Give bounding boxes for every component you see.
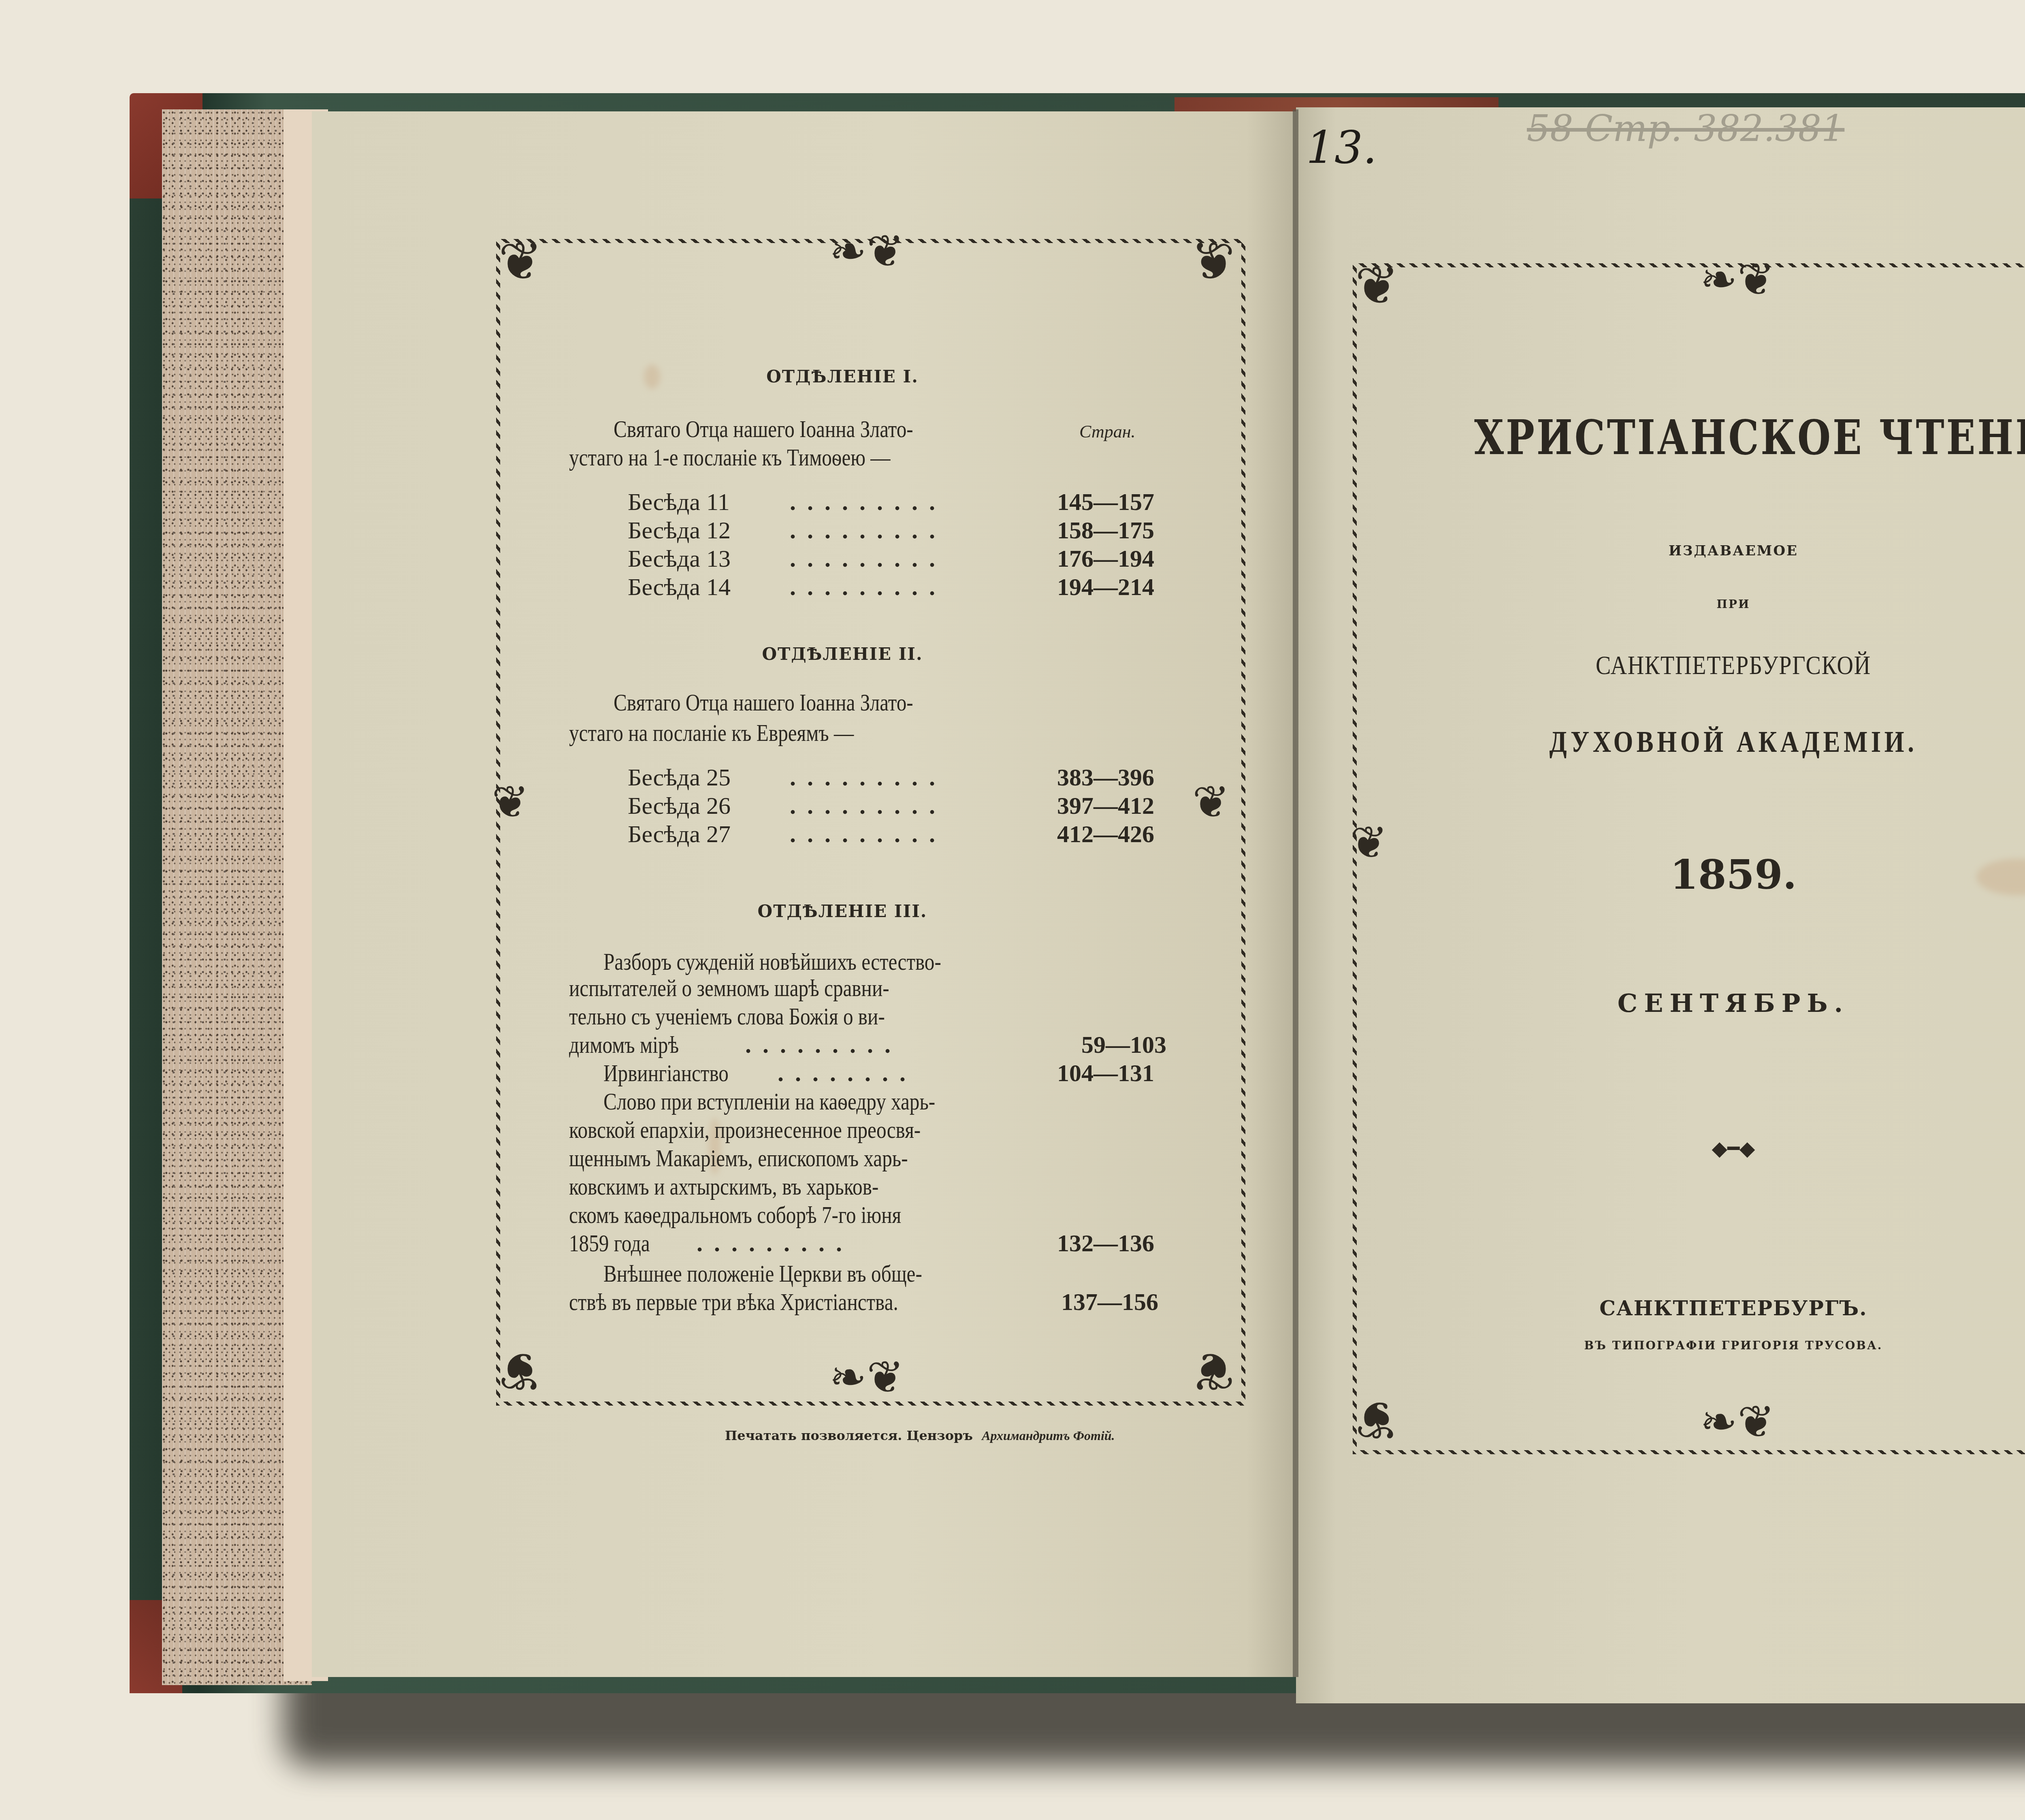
leader-dots: ......... <box>790 764 946 792</box>
institution-line-1: САНКТПЕТЕРБУРГСКОЙ <box>1492 650 1974 681</box>
article-line: димомъ мірѣ <box>569 1031 679 1059</box>
handwritten-number: 13. <box>1306 122 1377 173</box>
section-heading: ОТДѢЛЕНІЕ III. <box>688 901 996 921</box>
article-line: щеннымъ Макаріемъ, епископомъ харь- <box>569 1144 908 1172</box>
censor-line: Печатать позволяется. Цензоръ Архимандри… <box>725 1428 1115 1443</box>
article-line: скомъ каѳедральномъ соборѣ 7-го іюня <box>569 1201 901 1229</box>
article-line: Ирвингіанство <box>603 1059 729 1087</box>
floral-corner-icon: ❦ <box>1347 255 1407 316</box>
toc-entry-pages: 158—175 <box>1057 516 1154 544</box>
article-line: Слово при вступленіи на каѳедру харь- <box>603 1088 935 1116</box>
leader-dots: ......... <box>745 1031 902 1059</box>
scroll-ornament-icon: ❦ <box>486 762 535 843</box>
article-pages: 59—103 <box>1081 1031 1166 1059</box>
article-line: испытателей о земномъ шарѣ сравни- <box>569 974 889 1002</box>
scroll-ornament-icon: ❧❦ <box>1685 255 1790 304</box>
subtitle-published: ИЗДАВАЕМОЕ <box>1571 543 1895 559</box>
toc-entry-pages: 145—157 <box>1057 488 1154 516</box>
article-line: Внѣшнее положеніе Церкви въ обще- <box>603 1260 922 1288</box>
intro-line: Святаго Отца нашего Іоанна Злато- <box>614 689 913 717</box>
leader-dots: ......... <box>790 573 946 601</box>
toc-entry-title: Бесѣда 27 <box>628 820 731 848</box>
toc-entry-title: Бесѣда 26 <box>628 792 731 820</box>
section-heading: ОТДѢЛЕНІЕ I. <box>688 367 996 386</box>
toc-entry-pages: 194—214 <box>1057 573 1154 601</box>
article-line: ковскимъ и ахтырскимъ, въ харьков- <box>569 1173 878 1201</box>
article-line: Разборъ сужденій новѣйшихъ естество- <box>603 948 941 976</box>
article-pages: 137—156 <box>1061 1288 1158 1316</box>
toc-entry-pages: 176—194 <box>1057 545 1154 573</box>
tulip-divider-icon: ◆━◆ <box>1693 1142 1774 1154</box>
article-line: ствѣ въ первые три вѣка Христіанства. <box>569 1288 898 1316</box>
floral-corner-icon: ❦ <box>490 231 551 292</box>
scroll-ornament-icon: ❧❦ <box>814 1353 919 1402</box>
article-line: ковской епархіи, произнесенное преосвя- <box>569 1116 921 1144</box>
censor-text: Печатать позволяется. Цензоръ <box>725 1428 973 1443</box>
intro-line: устаго на посланіе къ Евреямъ — <box>569 719 854 747</box>
toc-entry-title: Бесѣда 11 <box>628 488 730 516</box>
scroll-ornament-icon: ❦ <box>1345 802 1393 883</box>
institution-line-2: ДУХОВНОЙ АКАДЕМІИ. <box>1458 725 2009 760</box>
intro-line: устаго на 1-е посланіе къ Тимоѳею — <box>569 444 891 472</box>
leader-dots: ......... <box>790 488 946 516</box>
toc-entry-title: Бесѣда 13 <box>628 545 731 573</box>
intro-line: Святаго Отца нашего Іоанна Злато- <box>614 415 913 443</box>
toc-entry-pages: 397—412 <box>1057 792 1154 820</box>
article-line: тельно съ ученіемъ слова Божія о ви- <box>569 1003 885 1031</box>
scroll-ornament-icon: ❧❦ <box>814 227 919 275</box>
leader-dots: ........ <box>778 1059 917 1087</box>
leader-dots: ......... <box>790 545 946 573</box>
pencil-shelfmark: 58 Стр. 382.381 <box>1527 107 1844 150</box>
floral-corner-icon: ❦ <box>490 1341 551 1402</box>
floral-corner-icon: ❦ <box>1347 1389 1407 1450</box>
toc-entry-pages: 383—396 <box>1057 764 1154 792</box>
article-line: 1859 года <box>569 1229 650 1257</box>
censor-name: Архимандритъ Фотій. <box>982 1428 1115 1443</box>
article-pages: 132—136 <box>1057 1229 1154 1257</box>
scroll-ornament-icon: ❦ <box>1187 762 1235 843</box>
article-pages: 104—131 <box>1057 1059 1154 1087</box>
journal-title: ХРИСТІАНСКОЕ ЧТЕНІЕ, <box>1474 409 1993 465</box>
toc-entry-title: Бесѣда 25 <box>628 764 731 792</box>
toc-entry-pages: 412—426 <box>1057 820 1154 848</box>
leader-dots: ......... <box>790 516 946 544</box>
section-heading: ОТДѢЛЕНІЕ II. <box>688 644 996 664</box>
leader-dots: ......... <box>697 1229 853 1257</box>
publication-year: 1859. <box>1571 851 1895 898</box>
toc-entry-title: Бесѣда 12 <box>628 516 731 544</box>
scroll-ornament-icon: ❧❦ <box>1685 1398 1790 1446</box>
imprint-printer: ВЪ ТИПОГРАФІИ ГРИГОРІЯ ТРУСОВА. <box>1490 1339 1976 1352</box>
floral-corner-icon: ❦ <box>1183 1341 1243 1402</box>
pages-label: Стран. <box>1079 421 1136 442</box>
imprint-city: САНКТПЕТЕРБУРГЪ. <box>1531 1296 1936 1320</box>
leader-dots: ......... <box>790 820 946 848</box>
leader-dots: ......... <box>790 792 946 820</box>
toc-entry-title: Бесѣда 14 <box>628 573 731 601</box>
book-gutter <box>1293 109 1298 1677</box>
subtitle-at: ПРИ <box>1612 597 1855 611</box>
publication-month: СЕНТЯБРЬ. <box>1531 988 1936 1018</box>
floral-corner-icon: ❦ <box>1183 231 1243 292</box>
